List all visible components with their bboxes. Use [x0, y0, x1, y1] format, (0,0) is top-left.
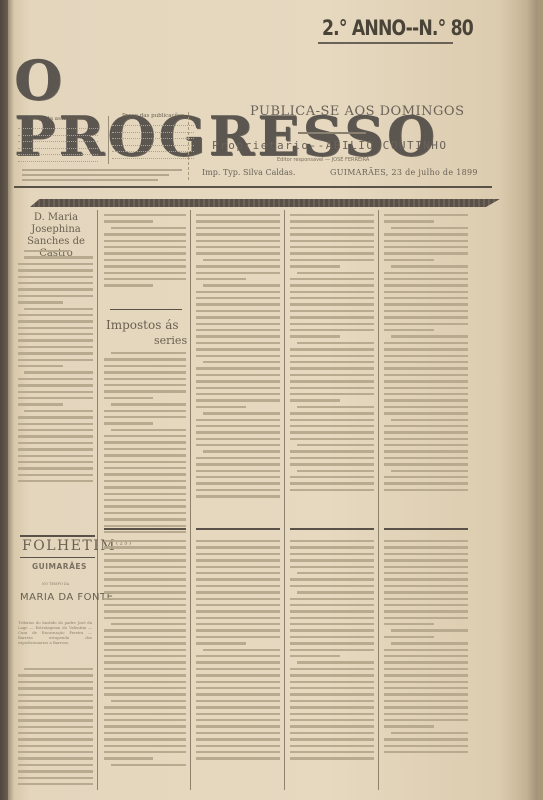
- taxes-body-col5: [384, 214, 468, 495]
- price-footnote: [22, 166, 182, 184]
- section-rule: [290, 528, 374, 530]
- header-rule: [14, 186, 492, 188]
- feuilleton-body-col3: [196, 540, 280, 764]
- section-rule: [384, 528, 468, 530]
- price-row: [112, 128, 194, 133]
- price-row: [112, 134, 194, 139]
- feuilleton-rule: [20, 557, 95, 558]
- price-row: [18, 150, 98, 155]
- feuilleton-title: MARIA DA FONTE: [20, 592, 113, 603]
- taxes-title-line1: Impostos ás: [106, 318, 179, 332]
- newspaper-page: 2.° ANNO--N.° 80 O PROGRESSO PUBLICA-SE …: [0, 0, 543, 800]
- section-rule: [104, 528, 186, 530]
- price-row: [112, 141, 194, 146]
- article-separator: [110, 309, 182, 310]
- price-box: Preço da assignatura Preço das publicaçõ…: [12, 110, 197, 185]
- price-row: [112, 121, 194, 126]
- subtitle-rule: [298, 132, 366, 134]
- column-rule: [97, 210, 98, 790]
- price-row: [112, 154, 194, 159]
- dateline: GUIMARÃES, 23 de julho de 1899: [330, 168, 478, 177]
- column-rule: [284, 210, 285, 790]
- price-divider: [108, 116, 109, 164]
- taxes-title-line2: series: [154, 334, 187, 347]
- decorative-band: [30, 199, 500, 207]
- feuilleton-era: NO TEMPO DA: [42, 582, 69, 586]
- feuilleton-body-col1: [18, 668, 93, 789]
- column-rule: [378, 210, 379, 790]
- price-row: [18, 157, 98, 162]
- feuilleton-synopsis: Tributos do bastido do padre José da Lag…: [18, 620, 92, 645]
- subscription-prices: Preço da assignatura: [18, 116, 98, 163]
- publication-heading: Preço das publicações: [112, 113, 194, 119]
- price-row: [18, 124, 98, 129]
- price-row: [112, 147, 194, 152]
- issue-number: 2.° ANNO--N.° 80: [322, 16, 473, 40]
- feuilleton-body-col4: [290, 540, 374, 764]
- price-row: [18, 144, 98, 149]
- editor-line: Editor responsavel — JOSÉ FERREIRA: [277, 157, 369, 163]
- book-spine-shadow: [0, 0, 8, 800]
- price-row: [18, 131, 98, 136]
- taxes-body-col2: [104, 352, 186, 537]
- taxes-body-col3: [196, 214, 280, 502]
- obituary-continuation: [104, 214, 186, 291]
- feuilleton-label: FOLHETIM: [22, 538, 116, 554]
- publication-schedule: PUBLICA-SE AOS DOMINGOS: [250, 104, 465, 119]
- taxes-body-col4: [290, 214, 374, 495]
- column-rule: [190, 210, 191, 790]
- ornamental-border: [188, 112, 199, 180]
- printer-line: Imp. Typ. Silva Caldas.: [202, 168, 295, 177]
- price-row: [18, 137, 98, 142]
- feuilleton-body-col5: [384, 540, 468, 757]
- issue-underline: [318, 42, 453, 44]
- feuilleton-body-col2: [104, 540, 186, 770]
- subscription-heading: Preço da assignatura: [18, 116, 98, 122]
- section-rule: [20, 535, 95, 537]
- proprietor-line: Proprietario--ABILIO COUTINHO: [212, 139, 448, 152]
- publication-prices: Preço das publicações: [112, 113, 194, 160]
- page-edge: [537, 0, 543, 800]
- feuilleton-place: GUIMARÃES: [32, 562, 87, 571]
- section-rule: [196, 528, 280, 530]
- obituary-body: [18, 250, 93, 486]
